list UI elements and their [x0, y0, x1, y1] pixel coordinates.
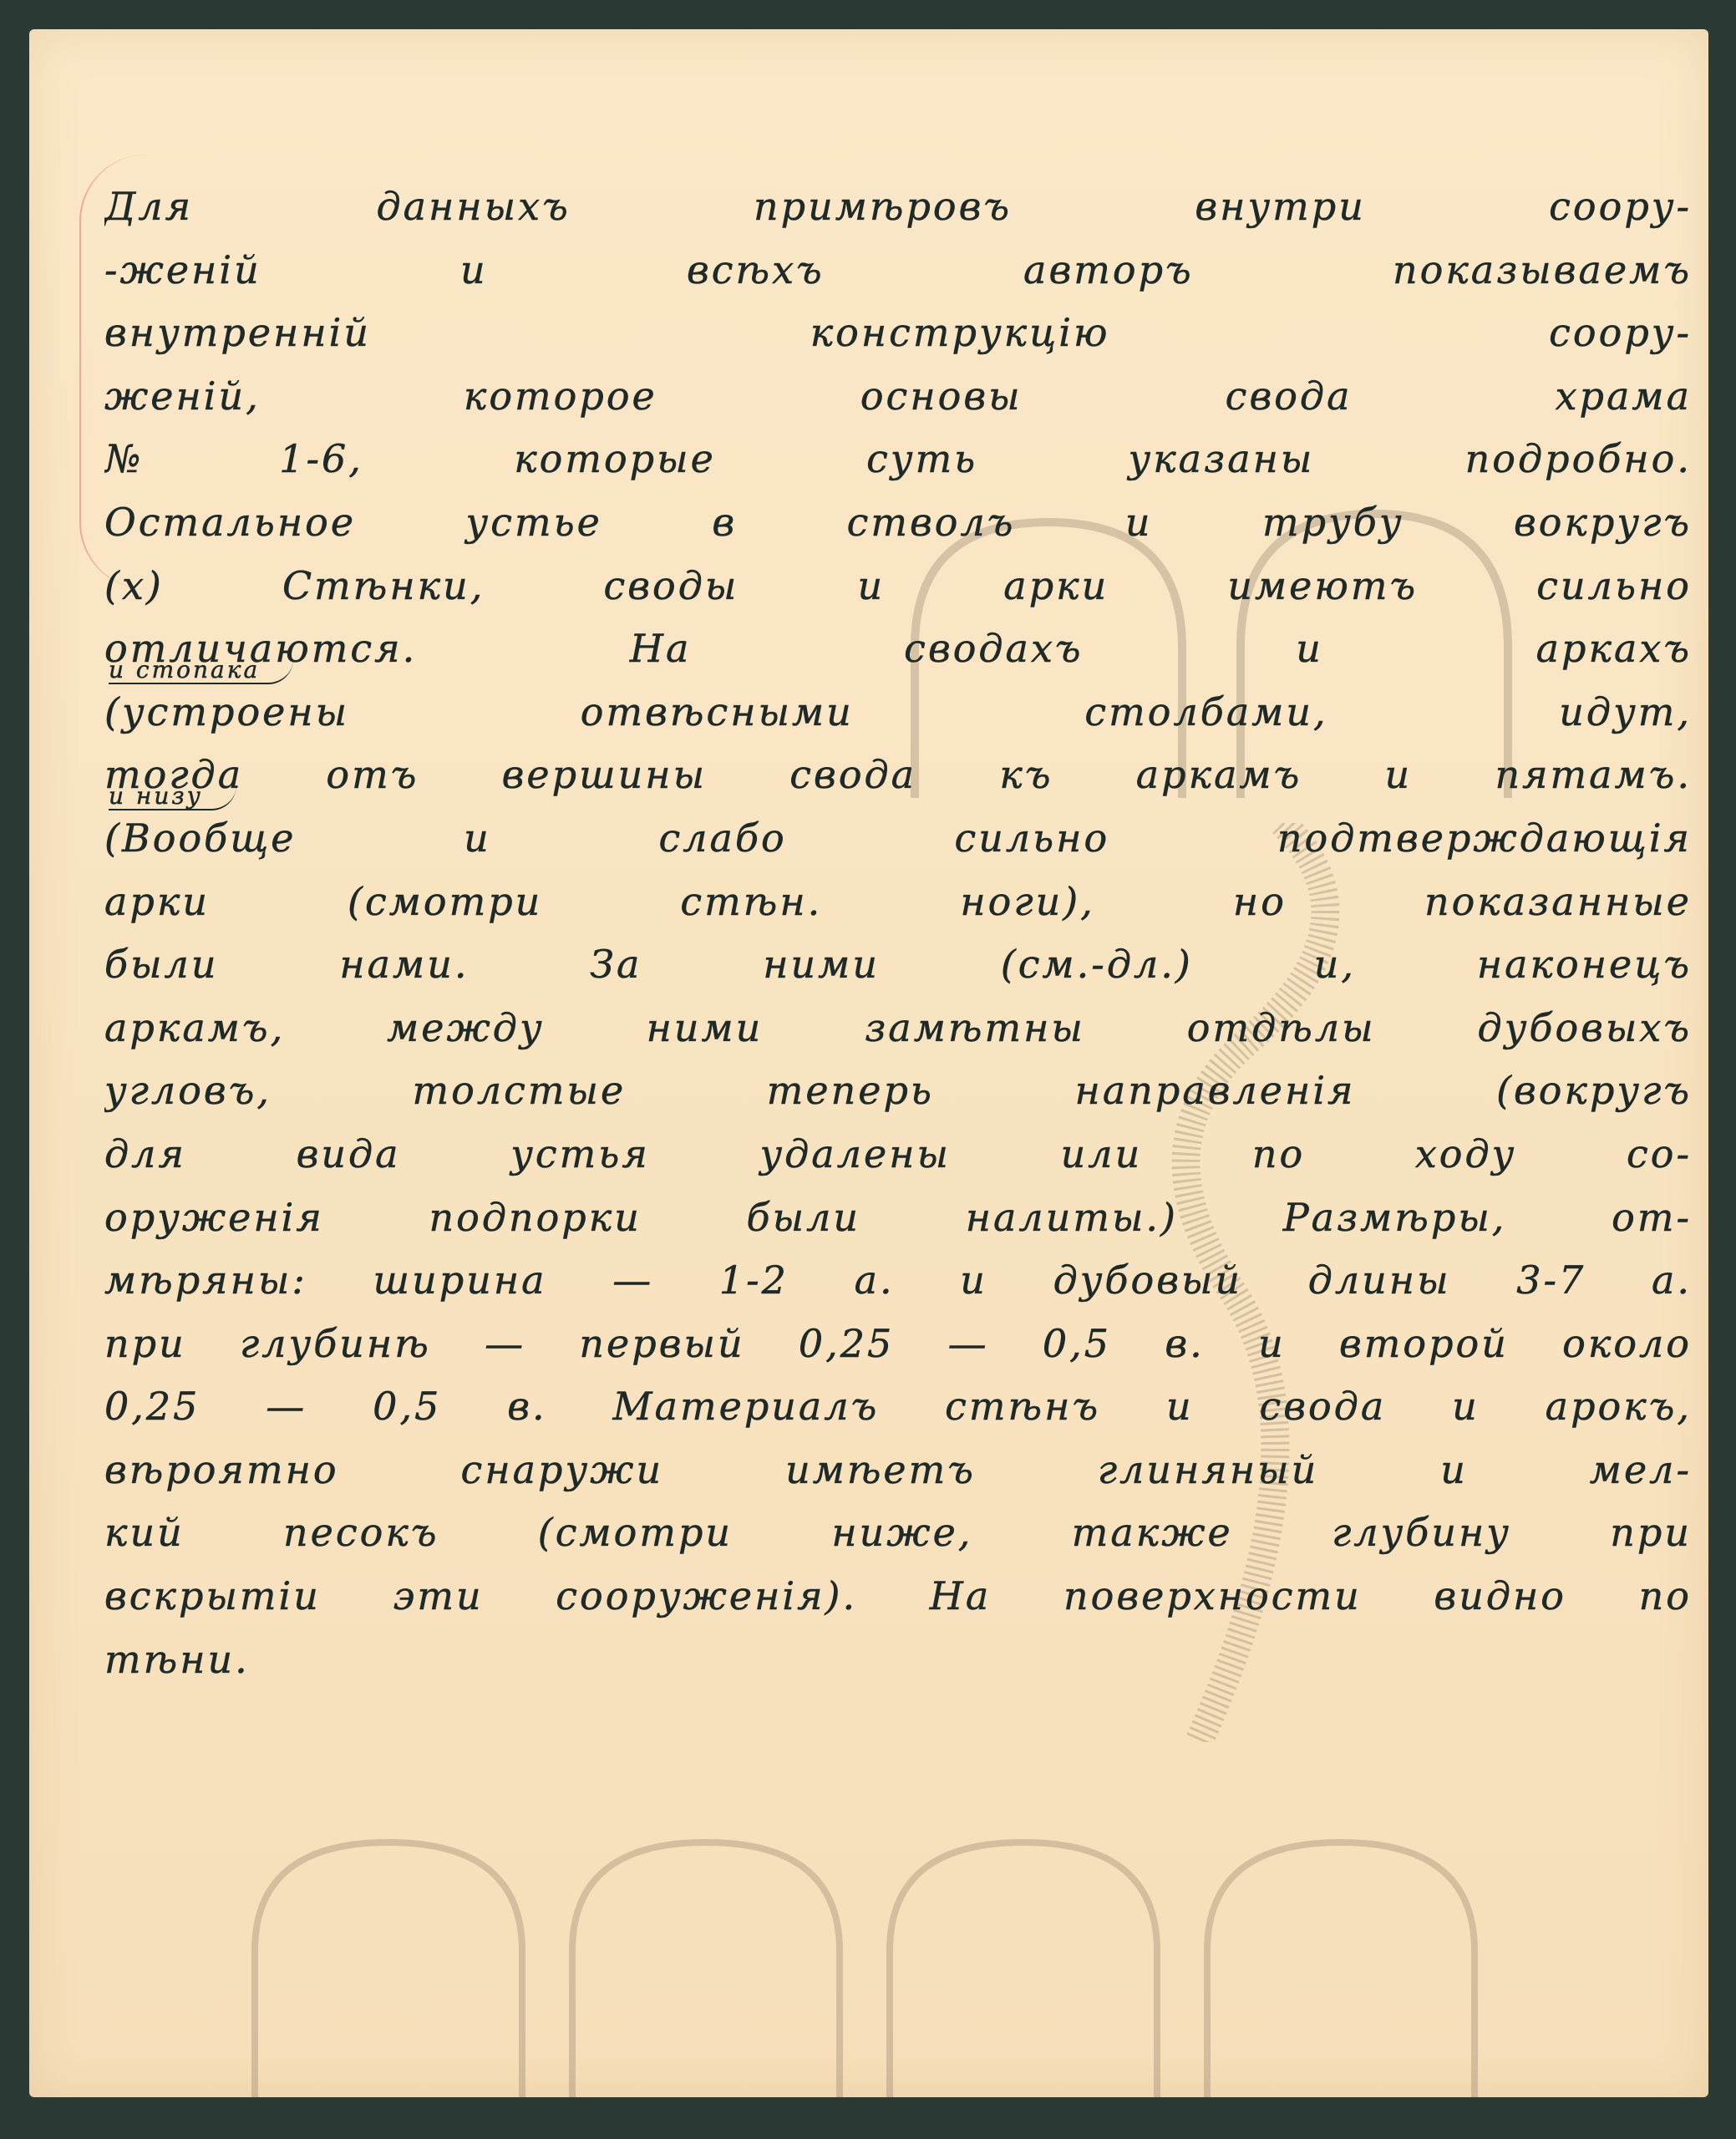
text-line-underlined-start: Остальное устье в стволъ и трубу вокругъ: [104, 491, 1692, 555]
interlinear-insertion: и стопака: [109, 658, 293, 684]
text-line: отличаются. На сводахъ и аркахъ: [104, 617, 1692, 681]
bleed-through-arcade-bottom: [238, 1767, 1491, 2097]
interlinear-insertion: и низу: [109, 784, 236, 810]
text-line: тогда отъ вершины свода къ аркамъ и пята…: [104, 744, 1692, 807]
text-line: внутренній конструкцію соору-: [104, 302, 1692, 365]
text-line: Для данныхъ примѣровъ внутри соору-: [104, 175, 1692, 239]
line-text: отличаются. На сводахъ и аркахъ: [104, 626, 1692, 671]
line-text: Остальное устье в стволъ и трубу вокругъ: [104, 500, 1692, 545]
line-text: 0,25 — 0,5 в. Материалъ стѣнъ и свода и …: [104, 1384, 1692, 1429]
text-line: были нами. За ними (см.-дл.) и, наконецъ: [104, 933, 1692, 997]
text-line: вскрытіи эти сооруженія). На поверхности…: [104, 1565, 1692, 1628]
line-text: (Вообще и слабо сильно подтверждающія: [104, 815, 1692, 861]
handwritten-text-body: Для данныхъ примѣровъ внутри соору- -жен…: [104, 175, 1692, 1691]
line-text: кий песокъ (смотри ниже, также глубину п…: [104, 1510, 1692, 1555]
line-text: №1-6, которые суть указаны подробно.: [104, 436, 1692, 481]
line-text: для вида устья удалены или по ходу со-: [104, 1131, 1692, 1176]
line-text: вскрытіи эти сооруженія). На поверхности…: [104, 1573, 1692, 1618]
text-line: №1-6, которые суть указаны подробно.: [104, 428, 1692, 491]
text-line: женій, которое основы свода храма: [104, 365, 1692, 429]
line-text: аркамъ, между ними замѣтны отдѣлы дубовы…: [104, 1005, 1692, 1050]
text-line: при глубинѣ — первый 0,25 — 0,5 в. и вто…: [104, 1313, 1692, 1376]
line-text: внутренній конструкцію соору-: [104, 310, 1692, 355]
line-text: (устроены отвѣсными столбами, идут,: [104, 689, 1692, 734]
text-line: 0,25 — 0,5 в. Материалъ стѣнъ и свода и …: [104, 1375, 1692, 1439]
line-text: вѣроятно снаружи имѣетъ глиняный и мел-: [104, 1447, 1692, 1492]
line-text: при глубинѣ — первый 0,25 — 0,5 в. и вто…: [104, 1321, 1692, 1366]
line-text: были нами. За ними (см.-дл.) и, наконецъ: [104, 942, 1692, 987]
text-line-with-insert: и низу (Вообще и слабо сильно подтвержда…: [104, 807, 1692, 871]
manuscript-page: Для данныхъ примѣровъ внутри соору- -жен…: [29, 29, 1708, 2097]
line-text: тогда отъ вершины свода къ аркамъ и пята…: [104, 752, 1692, 797]
line-text: оруженія подпорки были налиты.) Размѣры,…: [104, 1195, 1692, 1240]
text-line: оруженія подпорки были налиты.) Размѣры,…: [104, 1186, 1692, 1250]
text-line: для вида устья удалены или по ходу со-: [104, 1123, 1692, 1186]
line-text: угловъ, толстые теперь направленія (вокр…: [104, 1068, 1692, 1113]
text-line: аркамъ, между ними замѣтны отдѣлы дубовы…: [104, 997, 1692, 1060]
text-line-with-insert: и стопака (устроены отвѣсными столбами, …: [104, 681, 1692, 744]
line-text: (x) Стѣнки, своды и арки имеютъ сильно: [104, 563, 1692, 608]
text-line: -женій и всѣхъ авторъ показываемъ: [104, 239, 1692, 302]
text-line: кий песокъ (смотри ниже, также глубину п…: [104, 1501, 1692, 1565]
line-text: тѣни.: [104, 1637, 250, 1682]
text-line: (x) Стѣнки, своды и арки имеютъ сильно: [104, 555, 1692, 618]
text-line: мѣряны: ширина — 1-2 а. и дубовый длины …: [104, 1249, 1692, 1313]
text-line-final: тѣни.: [104, 1628, 1692, 1692]
text-line: вѣроятно снаружи имѣетъ глиняный и мел-: [104, 1439, 1692, 1502]
line-text: Для данныхъ примѣровъ внутри соору-: [104, 184, 1692, 229]
text-line: угловъ, толстые теперь направленія (вокр…: [104, 1059, 1692, 1123]
line-text: женій, которое основы свода храма: [104, 373, 1692, 419]
text-line: арки (смотри стѣн. ноги), но показанные: [104, 871, 1692, 934]
line-text: мѣряны: ширина — 1-2 а. и дубовый длины …: [104, 1257, 1692, 1303]
line-text: арки (смотри стѣн. ноги), но показанные: [104, 879, 1692, 924]
line-text: -женій и всѣхъ авторъ показываемъ: [104, 247, 1692, 292]
